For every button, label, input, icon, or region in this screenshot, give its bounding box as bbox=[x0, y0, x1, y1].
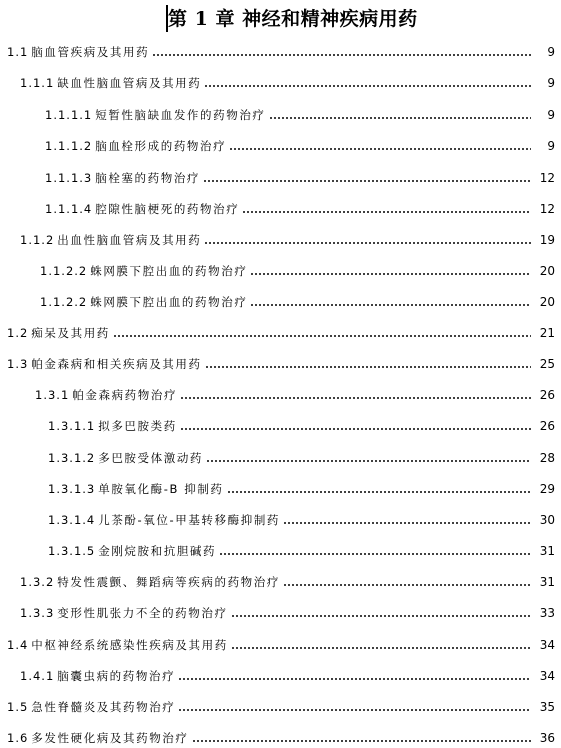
toc-entry-title: 脑栓塞的药物治疗 bbox=[95, 170, 200, 186]
toc-entry-title: 儿茶酚-氧位-甲基转移酶抑制药 bbox=[98, 512, 280, 528]
toc-entry[interactable]: 1.5急性脊髓炎及其药物治疗35 bbox=[0, 696, 561, 718]
toc-entry-number: 1.3.1 bbox=[35, 388, 69, 402]
toc-entry-title: 多巴胺受体激动药 bbox=[98, 450, 203, 466]
toc-entry-number: 1.6 bbox=[7, 731, 28, 745]
toc-entry-number: 1.1.1.1 bbox=[45, 108, 92, 122]
toc-entry-number: 1.3.1.3 bbox=[48, 482, 95, 496]
toc-entry-number: 1.4.1 bbox=[20, 669, 54, 683]
dot-leader bbox=[219, 540, 531, 562]
toc-entry-page: 12 bbox=[533, 171, 561, 185]
dot-leader bbox=[204, 72, 531, 94]
toc-entry-title: 出血性脑血管病及其用药 bbox=[57, 232, 201, 248]
toc-entry-page: 28 bbox=[533, 451, 561, 465]
dot-leader bbox=[178, 665, 531, 687]
toc-entry-page: 20 bbox=[533, 295, 561, 309]
toc-entry-number: 1.1.1.4 bbox=[45, 202, 92, 216]
toc-entry-title: 拟多巴胺类药 bbox=[98, 418, 177, 434]
toc-entry-title: 帕金森病药物治疗 bbox=[72, 387, 177, 403]
toc-entry[interactable]: 1.1.1.4腔隙性脑梗死的药物治疗12 bbox=[0, 198, 561, 220]
toc-entry-page: 33 bbox=[533, 606, 561, 620]
toc-entry-number: 1.1.2.2 bbox=[40, 295, 87, 309]
toc-entry[interactable]: 1.1.1.2脑血栓形成的药物治疗9 bbox=[0, 135, 561, 157]
dot-leader bbox=[152, 41, 531, 63]
toc-entry-number: 1.3.1.4 bbox=[48, 513, 95, 527]
toc-entry-number: 1.1.1.2 bbox=[45, 139, 92, 153]
toc-entry-number: 1.3.1.2 bbox=[48, 451, 95, 465]
toc-entry-title: 短暂性脑缺血发作的药物治疗 bbox=[95, 107, 265, 123]
dot-leader bbox=[227, 478, 531, 500]
toc-entry-title: 变形性肌张力不全的药物治疗 bbox=[57, 605, 227, 621]
toc-entry[interactable]: 1.1脑血管疾病及其用药9 bbox=[0, 41, 561, 63]
toc-entry-title: 痴呆及其用药 bbox=[31, 325, 110, 341]
toc-entry[interactable]: 1.4.1脑囊虫病的药物治疗34 bbox=[0, 665, 561, 687]
toc-entry-page: 25 bbox=[533, 357, 561, 371]
dot-leader bbox=[205, 353, 531, 375]
dot-leader bbox=[192, 727, 532, 748]
toc-entry-number: 1.1.1.3 bbox=[45, 171, 92, 185]
toc-entry[interactable]: 1.1.2出血性脑血管病及其用药19 bbox=[0, 229, 561, 251]
toc-entry[interactable]: 1.1.1.1短暂性脑缺血发作的药物治疗9 bbox=[0, 104, 561, 126]
dot-leader bbox=[229, 135, 531, 157]
dot-leader bbox=[242, 198, 531, 220]
dot-leader bbox=[269, 104, 531, 126]
toc-entry-title: 急性脊髓炎及其药物治疗 bbox=[31, 699, 175, 715]
toc-entry-title: 腔隙性脑梗死的药物治疗 bbox=[95, 201, 239, 217]
toc-entry[interactable]: 1.1.2.2蛛网膜下腔出血的药物治疗20 bbox=[0, 260, 561, 282]
toc-entry[interactable]: 1.1.2.2蛛网膜下腔出血的药物治疗20 bbox=[0, 291, 561, 313]
toc-entry-title: 中枢神经系统感染性疾病及其用药 bbox=[31, 637, 228, 653]
dot-leader bbox=[283, 571, 531, 593]
toc-entry-number: 1.1.1 bbox=[20, 76, 54, 90]
toc-entry-number: 1.3.1.5 bbox=[48, 544, 95, 558]
toc-entry[interactable]: 1.3帕金森病和相关疾病及其用药25 bbox=[0, 353, 561, 375]
toc-entry-page: 30 bbox=[533, 513, 561, 527]
toc-entry[interactable]: 1.6多发性硬化病及其药物治疗36 bbox=[0, 727, 561, 748]
toc-entry-title: 脑囊虫病的药物治疗 bbox=[57, 668, 175, 684]
toc-entry[interactable]: 1.3.2特发性震颤、舞蹈病等疾病的药物治疗31 bbox=[0, 571, 561, 593]
dot-leader bbox=[113, 322, 531, 344]
toc-entry-title: 帕金森病和相关疾病及其用药 bbox=[31, 356, 201, 372]
toc-entry-page: 20 bbox=[533, 264, 561, 278]
toc-entry[interactable]: 1.3.1.2多巴胺受体激动药28 bbox=[0, 447, 561, 469]
toc-entry-page: 26 bbox=[533, 388, 561, 402]
toc-entry-number: 1.5 bbox=[7, 700, 28, 714]
toc-entry-title: 脑血管疾病及其用药 bbox=[31, 44, 149, 60]
toc-entry-title: 蛛网膜下腔出血的药物治疗 bbox=[90, 294, 247, 310]
toc-entry-title: 特发性震颤、舞蹈病等疾病的药物治疗 bbox=[57, 574, 280, 590]
toc-entry-page: 34 bbox=[533, 669, 561, 683]
toc-entry-number: 1.4 bbox=[7, 638, 28, 652]
toc-entry[interactable]: 1.1.1.3脑栓塞的药物治疗12 bbox=[0, 167, 561, 189]
dot-leader bbox=[178, 696, 531, 718]
toc-entry-number: 1.3.2 bbox=[20, 575, 54, 589]
dot-leader bbox=[203, 167, 531, 189]
toc-entry-page: 36 bbox=[533, 731, 561, 745]
toc-entry-page: 12 bbox=[533, 202, 561, 216]
toc-entry[interactable]: 1.1.1缺血性脑血管病及其用药9 bbox=[0, 72, 561, 94]
toc-entry-title: 蛛网膜下腔出血的药物治疗 bbox=[90, 263, 247, 279]
toc-entry-number: 1.3 bbox=[7, 357, 28, 371]
toc-entry-page: 21 bbox=[533, 326, 561, 340]
toc-entry-page: 9 bbox=[533, 76, 561, 90]
toc-entry[interactable]: 1.3.1.5金刚烷胺和抗胆碱药31 bbox=[0, 540, 561, 562]
toc-entry-page: 34 bbox=[533, 638, 561, 652]
toc-entry-number: 1.1.2 bbox=[20, 233, 54, 247]
toc-entry-number: 1.3.1.1 bbox=[48, 419, 95, 433]
toc-entry-page: 31 bbox=[533, 575, 561, 589]
toc-entry-page: 9 bbox=[533, 139, 561, 153]
toc-entry-number: 1.2 bbox=[7, 326, 28, 340]
toc-entry[interactable]: 1.3.1.1拟多巴胺类药26 bbox=[0, 415, 561, 437]
toc-entry[interactable]: 1.3.3变形性肌张力不全的药物治疗33 bbox=[0, 602, 561, 624]
toc-entry-title: 多发性硬化病及其药物治疗 bbox=[31, 730, 188, 746]
toc-entry-page: 19 bbox=[533, 233, 561, 247]
chapter-title: 第 1 章 神经和精神疾病用药 bbox=[168, 4, 418, 34]
dot-leader bbox=[180, 384, 531, 406]
dot-leader bbox=[250, 291, 531, 313]
toc-entry-title: 脑血栓形成的药物治疗 bbox=[95, 138, 226, 154]
toc-entry-page: 35 bbox=[533, 700, 561, 714]
dot-leader bbox=[180, 415, 531, 437]
toc-entry[interactable]: 1.3.1帕金森病药物治疗26 bbox=[0, 384, 561, 406]
dot-leader bbox=[283, 509, 531, 531]
toc-entry-page: 9 bbox=[533, 45, 561, 59]
toc-entry-number: 1.1.2.2 bbox=[40, 264, 87, 278]
toc-entry[interactable]: 1.3.1.3单胺氧化酶-B 抑制药29 bbox=[0, 478, 561, 500]
toc-entry-page: 31 bbox=[533, 544, 561, 558]
dot-leader bbox=[206, 447, 531, 469]
toc-entry-title: 单胺氧化酶-B 抑制药 bbox=[98, 481, 223, 497]
dot-leader bbox=[231, 634, 531, 656]
toc-entry[interactable]: 1.3.1.4儿茶酚-氧位-甲基转移酶抑制药30 bbox=[0, 509, 561, 531]
toc-entry-page: 26 bbox=[533, 419, 561, 433]
toc-entry-page: 29 bbox=[533, 482, 561, 496]
toc-entry[interactable]: 1.2痴呆及其用药21 bbox=[0, 322, 561, 344]
toc-entry-title: 金刚烷胺和抗胆碱药 bbox=[98, 543, 216, 559]
toc-entry-title: 缺血性脑血管病及其用药 bbox=[57, 75, 201, 91]
toc-entry-number: 1.1 bbox=[7, 45, 28, 59]
toc-entry[interactable]: 1.4中枢神经系统感染性疾病及其用药34 bbox=[0, 634, 561, 656]
dot-leader bbox=[204, 229, 531, 251]
toc-entry-number: 1.3.3 bbox=[20, 606, 54, 620]
dot-leader bbox=[231, 602, 531, 624]
toc-entry-page: 9 bbox=[533, 108, 561, 122]
dot-leader bbox=[250, 260, 531, 282]
